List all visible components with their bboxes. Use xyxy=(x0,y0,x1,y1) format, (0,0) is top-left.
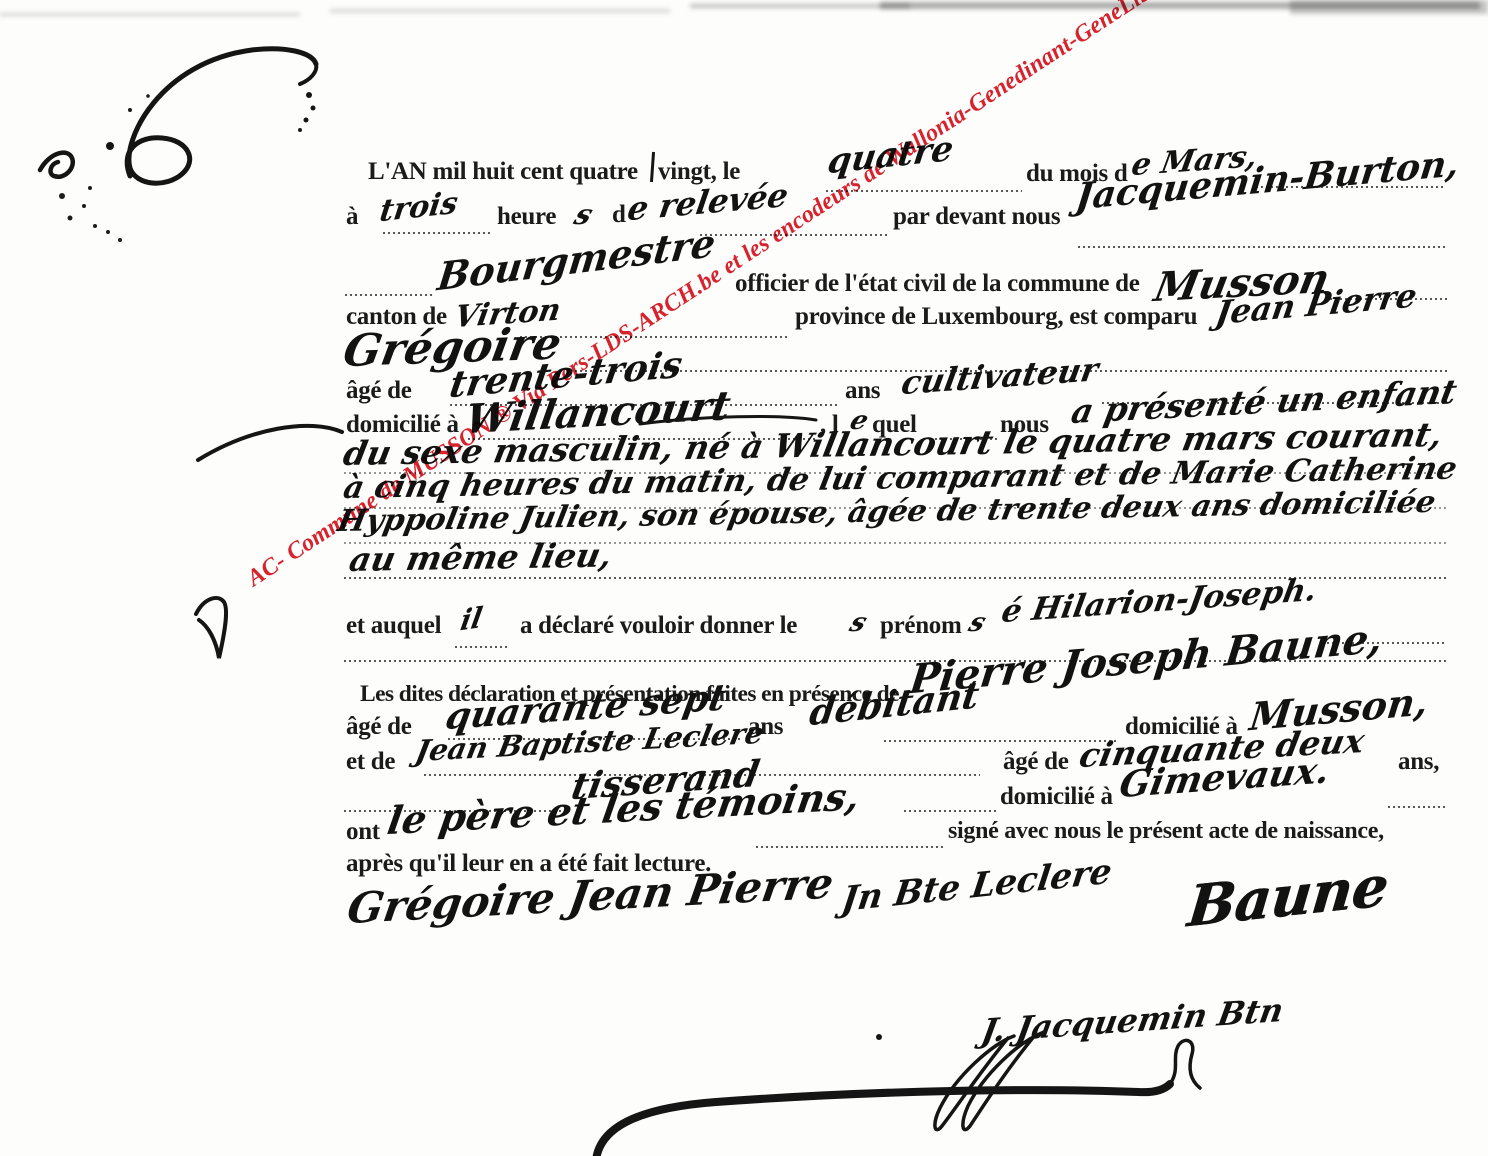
margin-checkmark xyxy=(196,598,226,658)
hw-child-name: é Hilarion-Joseph. xyxy=(999,572,1320,631)
dotted-rule xyxy=(904,810,996,812)
printed-declare: a déclaré vouloir donner le xyxy=(520,612,797,640)
printed-a: à xyxy=(346,203,358,231)
printed-heure: heure xyxy=(497,203,556,231)
dotted-rule xyxy=(1388,806,1448,808)
printed-ont: ont xyxy=(346,818,380,846)
signature-witness2: Jn Bte Leclere xyxy=(839,851,1114,920)
ink-speckles xyxy=(54,94,302,242)
officer-paraph-sweep xyxy=(596,1084,1170,1156)
scan-artifact xyxy=(1290,0,1488,14)
document-page: L'AN mil huit cent quatre vingt, le du m… xyxy=(0,0,1488,1156)
act-number-n xyxy=(40,153,73,177)
hw-hour: trois xyxy=(377,185,460,229)
printed-domicilie-3: domicilié à xyxy=(1000,783,1113,811)
dotted-rule xyxy=(884,740,1116,742)
printed-age-de-1: âgé de xyxy=(346,377,412,405)
hw-paragraph-line4: au même lieu, xyxy=(346,535,615,579)
printed-age-de-3: âgé de xyxy=(1003,748,1069,776)
hw-declarant-profession: cultivateur xyxy=(899,350,1102,402)
scan-artifact xyxy=(690,4,910,8)
printed-devant-nous: par devant nous xyxy=(893,203,1060,231)
dotted-rule xyxy=(455,646,507,648)
scan-artifact xyxy=(0,13,300,16)
dotted-rule xyxy=(1078,246,1446,248)
hw-prenoms-s: s xyxy=(965,608,991,638)
hw-les-s: s xyxy=(846,608,872,638)
hw-hour-s: s xyxy=(570,198,598,231)
act-number-six xyxy=(127,49,316,183)
hw-officer-name: Jacquemin-Burton, xyxy=(1073,142,1461,218)
hw-il: il xyxy=(458,600,485,637)
insert-mark xyxy=(650,152,655,182)
act-number-six-hook xyxy=(300,64,316,84)
margin-flourish xyxy=(198,426,342,460)
printed-ans-1: ans xyxy=(845,377,880,405)
printed-signe: signé avec nous le présent acte de naiss… xyxy=(948,818,1384,845)
printed-prenom: prénom xyxy=(880,612,962,640)
scan-artifact xyxy=(330,9,670,13)
dotted-rule xyxy=(345,294,433,296)
officer-paraph-curl xyxy=(1170,1040,1200,1088)
printed-year-line: L'AN mil huit cent quatre xyxy=(368,158,638,186)
printed-d: d xyxy=(612,201,626,229)
printed-officier: officier de l'état civil de la commune d… xyxy=(735,270,1140,298)
signature-officer: J. Jacquemin Btn xyxy=(979,991,1287,1051)
printed-et-de: et de xyxy=(346,748,395,776)
dotted-rule xyxy=(383,232,493,234)
printed-age-de-2: âgé de xyxy=(346,713,412,741)
dotted-rule xyxy=(756,846,946,848)
act-number-degree xyxy=(106,142,114,150)
printed-province: province de Luxembourg, est comparu xyxy=(795,303,1197,331)
printed-ans-3: ans, xyxy=(1398,748,1439,776)
printed-et-auquel: et auquel xyxy=(346,612,441,640)
signature-witness1: Baune xyxy=(1184,852,1391,940)
ink-dot xyxy=(876,1034,882,1040)
